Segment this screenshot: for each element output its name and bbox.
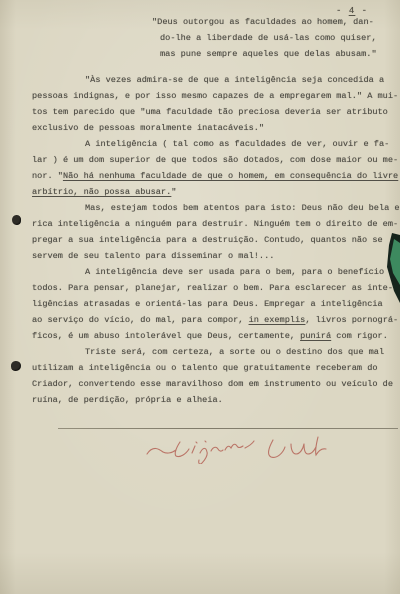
text-line: tos tem parecido que "uma faculdade tão … [32,104,400,120]
text-line: utilizam a inteligência ou o talento que… [32,360,400,376]
handwritten-signature [145,432,330,464]
text-segment: Triste será, com certeza, a sorte ou o d… [85,347,384,357]
text-line: ruína, de perdição, própria e alheia. [32,392,400,408]
underlined-text: punirá [300,331,331,341]
text-segment: Mas, estejam todos bem atentos para isto… [85,203,400,213]
text-line: lar ) é um dom superior de que todos são… [32,152,400,168]
text-line: nor. "Não há nenhuma faculdade de que o … [32,168,400,184]
text-segment: ligências atrasadas e orientá-las para D… [32,299,383,309]
text-segment: servem de seu talento para disseminar o … [32,251,274,261]
text-line: rica inteligência a ninguém para destrui… [32,216,400,232]
text-line: ao serviço do vício, do mal, para compor… [32,312,400,328]
text-line: A inteligência deve ser usada para o bem… [32,264,400,280]
block-quote: "Deus outorgou as faculdades ao homem, d… [152,14,400,62]
text-segment: ruína, de perdição, própria e alheia. [32,395,223,405]
typewritten-page: - 4 - "Deus outorgou as faculdades ao ho… [0,0,400,594]
paragraph: Mas, estejam todos bem atentos para isto… [32,200,400,264]
text-segment: " [171,187,176,197]
text-segment: A inteligência deve ser usada para o bem… [85,267,400,277]
text-segment: todos. Para pensar, planejar, realizar o… [32,283,393,293]
text-line: Triste será, com certeza, a sorte ou o d… [32,344,400,360]
text-line: Mas, estejam todos bem atentos para isto… [32,200,400,216]
underlined-text: arbítrio, não possa abusar. [32,187,171,197]
paragraph: Triste será, com certeza, a sorte ou o d… [32,344,400,408]
text-segment: tos tem parecido que "uma faculdade tão … [32,107,388,117]
text-line: do-lhe a liberdade de usá-las como quise… [160,30,400,46]
document-body: "Deus outorgou as faculdades ao homem, d… [32,14,400,408]
text-segment: Criador, convertendo esse maravilhoso do… [32,379,393,389]
text-line: todos. Para pensar, planejar, realizar o… [32,280,400,296]
text-segment: pessoas indignas, e por isso mesmo capaz… [32,91,398,101]
text-segment: "Às vezes admira-se de que a inteligênci… [85,75,384,85]
text-segment: com rigor. [331,331,388,341]
horizontal-rule [58,428,398,429]
text-segment: "Deus outorgou as faculdades ao homem, d… [152,17,374,27]
text-line: Criador, convertendo esse maravilhoso do… [32,376,400,392]
text-line: pregar a sua inteligência para a destrui… [32,232,400,248]
underlined-text: in exemplis [249,315,306,325]
text-line: "Às vezes admira-se de que a inteligênci… [32,72,400,88]
text-line: ficos, é um abuso intolerável que Deus, … [32,328,400,344]
text-line: exclusivo de pessoas moralmente inatacáv… [32,120,400,136]
paragraph: A inteligência deve ser usada para o bem… [32,264,400,344]
paragraph: A inteligência ( tal como as faculdades … [32,136,400,200]
text-segment: rica inteligência a ninguém para destrui… [32,219,398,229]
text-segment: pregar a sua inteligência para a destrui… [32,235,383,245]
text-segment: utilizam a inteligência ou o talento que… [32,363,378,373]
text-segment: lar ) é um dom superior de que todos são… [32,155,398,165]
text-segment: ao serviço do vício, do mal, para compor… [32,315,249,325]
text-line: ligências atrasadas e orientá-las para D… [32,296,400,312]
text-line: arbítrio, não possa abusar." [32,184,400,200]
paragraph: "Às vezes admira-se de que a inteligênci… [32,72,400,136]
green-paper-corner [386,233,400,308]
text-segment: ficos, é um abuso intolerável que Deus, … [32,331,300,341]
underlined-text: Não há nenhuma faculdade de que o homem,… [63,171,398,181]
text-line: A inteligência ( tal como as faculdades … [32,136,400,152]
text-segment: exclusivo de pessoas moralmente inatacáv… [32,123,264,133]
text-line: mas pune sempre aqueles que delas abusam… [160,46,400,62]
text-line: servem de seu talento para disseminar o … [32,248,400,264]
text-segment: A inteligência ( tal como as faculdades … [85,139,389,149]
text-segment: do-lhe a liberdade de usá-las como quise… [160,33,377,43]
text-segment: nor. " [32,171,63,181]
ink-blob-top [12,215,21,225]
text-line: pessoas indignas, e por isso mesmo capaz… [32,88,400,104]
text-line: "Deus outorgou as faculdades ao homem, d… [152,14,400,30]
text-segment: , livros pornográ- [305,315,398,325]
ink-blob-bottom [11,361,21,371]
text-segment: mas pune sempre aqueles que delas abusam… [160,49,377,59]
